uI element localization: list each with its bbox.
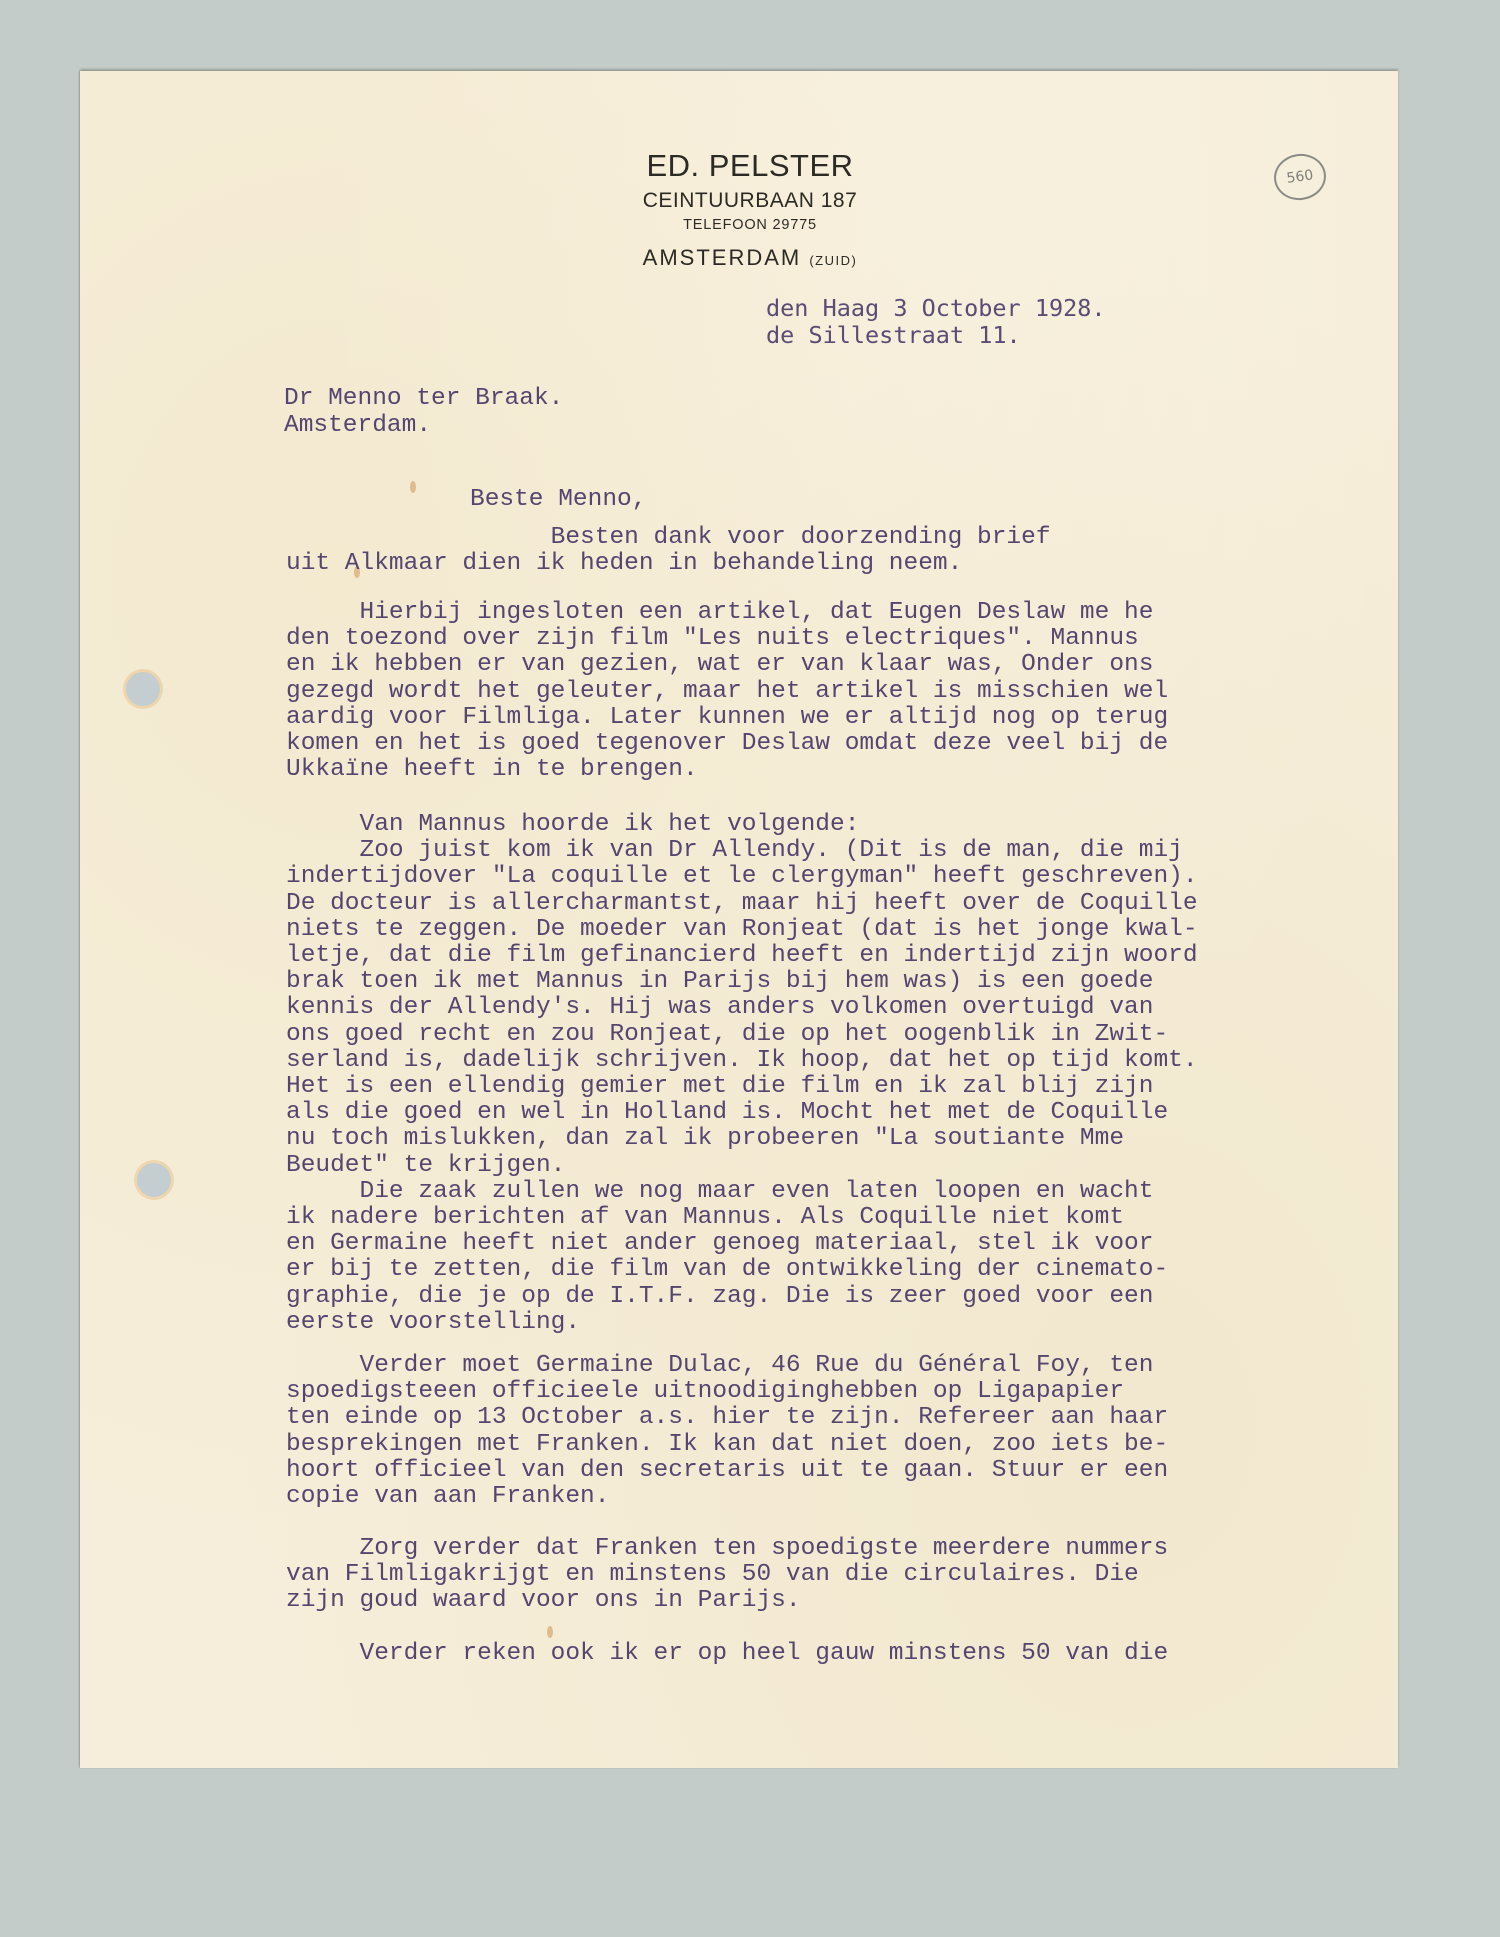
text-line: als die goed en wel in Holland is. Mocht… xyxy=(286,1100,1198,1126)
text-line: Ukkaïne heeft in te brengen. xyxy=(286,757,1168,783)
text-line: Zoo juist kom ik van Dr Allendy. (Dit is… xyxy=(286,838,1198,864)
text-line: Het is een ellendig gemier met die film … xyxy=(286,1074,1198,1100)
text-line: serland is, dadelijk schrijven. Ik hoop,… xyxy=(286,1048,1198,1074)
paragraph-5: Zorg verder dat Franken ten spoedigste m… xyxy=(286,1536,1168,1615)
paragraph-2: Hierbij ingesloten een artikel, dat Euge… xyxy=(286,600,1168,783)
letterhead-city: AMSTERDAM (ZUID) xyxy=(560,245,940,271)
text-line: ons goed recht en zou Ronjeat, die op he… xyxy=(286,1022,1198,1048)
paragraph-1: Besten dank voor doorzending briefuit Al… xyxy=(286,525,1051,577)
letterhead-city-name: AMSTERDAM xyxy=(643,245,802,270)
text-line: van Filmligakrijgt en minstens 50 van di… xyxy=(286,1562,1168,1588)
text-line: Hierbij ingesloten een artikel, dat Euge… xyxy=(286,600,1168,626)
text-line: Verder moet Germaine Dulac, 46 Rue du Gé… xyxy=(286,1353,1168,1379)
text-line: ten einde op 13 October a.s. hier te zij… xyxy=(286,1405,1168,1431)
text-line: copie van aan Franken. xyxy=(286,1484,1168,1510)
text-line: Verder reken ook ik er op heel gauw mins… xyxy=(286,1641,1168,1667)
text-line: gezegd wordt het geleuter, maar het arti… xyxy=(286,679,1168,705)
date-address-block: den Haag 3 October 1928.de Sillestraat 1… xyxy=(766,295,1106,349)
text-line: Die zaak zullen we nog maar even laten l… xyxy=(286,1179,1198,1205)
text-line: kennis der Allendy's. Hij was anders vol… xyxy=(286,995,1198,1021)
text-line: Zorg verder dat Franken ten spoedigste m… xyxy=(286,1536,1168,1562)
text-line: ik nadere berichten af van Mannus. Als C… xyxy=(286,1205,1198,1231)
paragraph-6: Verder reken ook ik er op heel gauw mins… xyxy=(286,1641,1168,1667)
letterhead-district: (ZUID) xyxy=(809,253,857,268)
text-line: brak toen ik met Mannus in Parijs bij he… xyxy=(286,969,1198,995)
date-line: den Haag 3 October 1928. xyxy=(766,295,1106,322)
sender-address-line: de Sillestraat 11. xyxy=(766,322,1106,349)
text-line: zijn goud waard voor ons in Parijs. xyxy=(286,1588,1168,1614)
text-line: en Germaine heeft niet ander genoeg mate… xyxy=(286,1231,1198,1257)
recipient-block: Dr Menno ter Braak.Amsterdam. xyxy=(284,385,563,439)
text-line: er bij te zetten, die film van de ontwik… xyxy=(286,1257,1198,1283)
text-line: Besten dank voor doorzending brief xyxy=(286,525,1051,551)
paper-stain xyxy=(410,481,416,493)
letterhead-phone: TELEFOON 29775 xyxy=(560,217,940,233)
letterhead-street: CEINTUURBAAN 187 xyxy=(560,189,940,213)
text-line: letje, dat die film gefinancierd heeft e… xyxy=(286,943,1198,969)
paragraph-4: Verder moet Germaine Dulac, 46 Rue du Gé… xyxy=(286,1353,1168,1510)
text-line: Beudet" te krijgen. xyxy=(286,1153,1198,1179)
text-line: en ik hebben er van gezien, wat er van k… xyxy=(286,652,1168,678)
punch-hole-bottom xyxy=(137,1163,171,1197)
text-line: besprekingen met Franken. Ik kan dat nie… xyxy=(286,1432,1168,1458)
text-line: Van Mannus hoorde ik het volgende: xyxy=(286,812,1198,838)
text-line: komen en het is goed tegenover Deslaw om… xyxy=(286,731,1168,757)
recipient-city: Amsterdam. xyxy=(284,412,563,439)
salutation: Beste Menno, xyxy=(470,487,646,513)
text-line: niets te zeggen. De moeder van Ronjeat (… xyxy=(286,917,1198,943)
letterhead-name: ED. PELSTER xyxy=(560,148,940,184)
text-line: nu toch mislukken, dan zal ik probeeren … xyxy=(286,1126,1198,1152)
paragraph-3: Van Mannus hoorde ik het volgende: Zoo j… xyxy=(286,812,1198,1336)
text-line: graphie, die je op de I.T.F. zag. Die is… xyxy=(286,1284,1198,1310)
recipient-name: Dr Menno ter Braak. xyxy=(284,385,563,412)
text-line: aardig voor Filmliga. Later kunnen we er… xyxy=(286,705,1168,731)
text-line: indertijdover "La coquille et le clergym… xyxy=(286,864,1198,890)
text-line: uit Alkmaar dien ik heden in behandeling… xyxy=(286,551,1051,577)
paper-stain xyxy=(547,1626,553,1638)
text-line: den toezond over zijn film "Les nuits el… xyxy=(286,626,1168,652)
text-line: spoedigsteeen officieele uitnoodigingheb… xyxy=(286,1379,1168,1405)
punch-hole-top xyxy=(126,672,160,706)
text-line: eerste voorstelling. xyxy=(286,1310,1198,1336)
text-line: De docteur is allercharmantst, maar hij … xyxy=(286,891,1198,917)
text-line: hoort officieel van den secretaris uit t… xyxy=(286,1458,1168,1484)
